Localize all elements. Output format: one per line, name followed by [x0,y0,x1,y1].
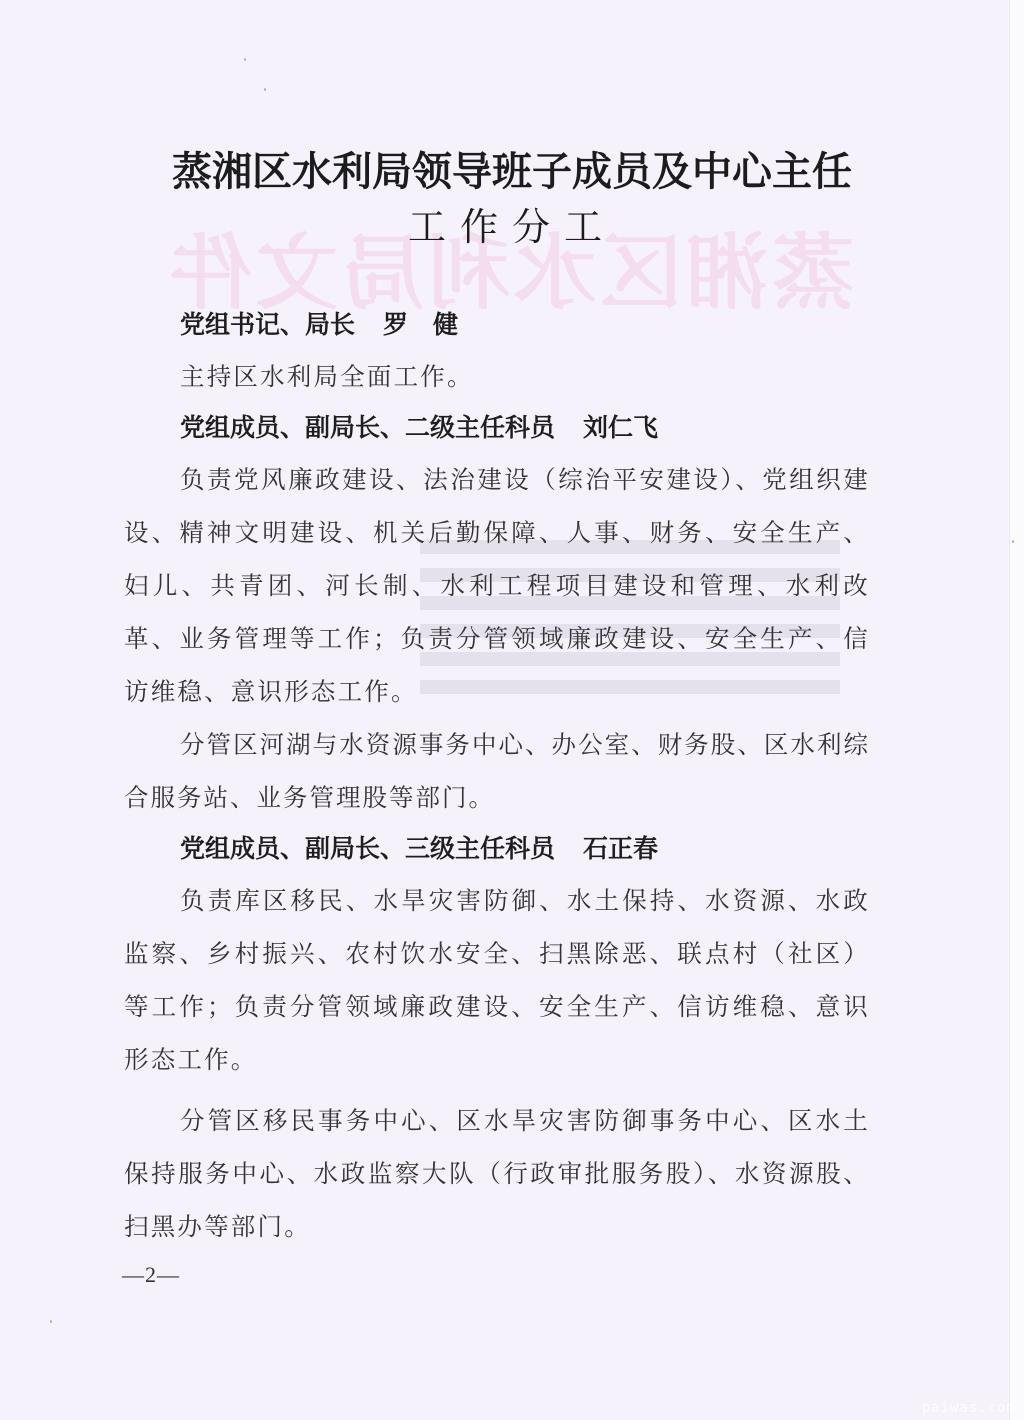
scan-speck [244,58,246,61]
scan-speck [50,1320,52,1323]
section-heading: 党组成员、副局长、三级主任科员石正春 [124,824,870,874]
site-watermark: paiwas.com [922,1400,1016,1416]
duty-paragraph: 负责党风廉政建设、法治建设（综治平安建设）、党组织建设、精神文明建设、机关后勤保… [124,453,870,718]
section-heading: 党组成员、副局长、二级主任科员刘仁飞 [124,403,870,453]
section-heading: 党组书记、局长罗 健 [124,300,870,350]
role-title: 党组书记、局长 [180,310,355,339]
section-director: 党组书记、局长罗 健 主持区水利局全面工作。 [124,300,870,403]
section-deputy-liu: 党组成员、副局长、二级主任科员刘仁飞 负责党风廉政建设、法治建设（综治平安建设）… [124,403,870,824]
scan-speck [1012,540,1014,543]
departments-paragraph: 分管区移民事务中心、区水旱灾害防御事务中心、区水土保持服务中心、水政监察大队（行… [124,1094,870,1253]
document-subtitle: 工作分工 [0,196,1024,251]
role-title: 党组成员、副局长、二级主任科员 [180,413,555,442]
document-title: 蒸湘区水利局领导班子成员及中心主任 [0,140,1024,197]
departments-paragraph: 分管区河湖与水资源事务中心、办公室、财务股、区水利综合服务站、业务管理股等部门。 [124,718,870,824]
person-name: 石正春 [583,834,658,863]
person-name: 罗 健 [383,310,458,339]
document-body: 党组书记、局长罗 健 主持区水利局全面工作。 党组成员、副局长、二级主任科员刘仁… [124,300,870,1253]
role-title: 党组成员、副局长、三级主任科员 [180,834,555,863]
page-number: —2— [122,1262,180,1288]
duty-paragraph: 负责库区移民、水旱灾害防御、水土保持、水资源、水政监察、乡村振兴、农村饮水安全、… [124,874,870,1086]
person-name: 刘仁飞 [583,413,658,442]
duty-paragraph: 主持区水利局全面工作。 [124,350,870,403]
section-deputy-shi: 党组成员、副局长、三级主任科员石正春 负责库区移民、水旱灾害防御、水土保持、水资… [124,824,870,1253]
scan-speck [264,88,266,91]
